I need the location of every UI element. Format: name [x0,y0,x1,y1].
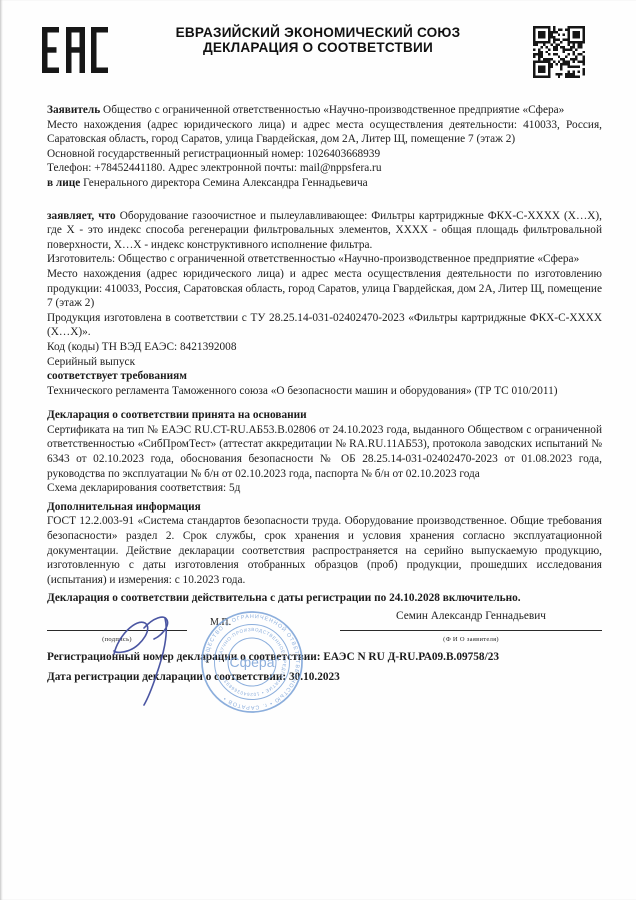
applicant-label: Заявитель [47,104,100,116]
basis-scheme-line: Схема декларирования соответствия: 5д [47,481,602,496]
applicant-representative-line: в лице Генерального директора Семина Але… [47,176,602,191]
stamp-place-label: М.П. [210,616,231,631]
declares-label: заявляет, что [47,210,116,222]
fio-line: Семин Александр Геннадьевич [340,609,602,631]
declaration-document: ЕВРАЗИЙСКИЙ ЭКОНОМИЧЕСКИЙ СОЮЗ ДЕКЛАРАЦИ… [0,0,636,900]
applicant-ogrn-line: Основной государственный регистрационный… [47,147,602,162]
applicant-address-line: Место нахождения (адрес юридического лиц… [47,118,602,147]
compliance-heading: соответствует требованиям [47,369,602,384]
registration-date-line: Дата регистрации декларации о соответств… [47,670,602,685]
release-type-line: Серийный выпуск [47,355,602,370]
basis-heading: Декларация о соответствии принята на осн… [47,408,602,423]
compliance-text: Технического регламента Таможенного союз… [47,384,602,399]
tnved-code-line: Код (коды) ТН ВЭД ЕАЭС: 8421392008 [47,340,602,355]
applicant-contacts-line: Телефон: +78452441180. Адрес электронной… [47,161,602,176]
document-body: Заявитель Общество с ограниченной ответс… [47,103,602,684]
additional-text: ГОСТ 12.2.003-91 «Система стандартов без… [47,514,602,587]
fio-caption: (Ф И О заявителя) [340,633,602,648]
applicant-name-line: Заявитель Общество с ограниченной ответс… [47,103,602,118]
basis-text: Сертификата на тип № ЕАЭС RU.CT-RU.АБ53.… [47,423,602,481]
manufacturer-line: Изготовитель: Общество с ограниченной от… [47,252,602,267]
declaration-product-line: заявляет, что Оборудование газоочистное … [47,209,602,253]
signature-caption: (подпись) [47,633,187,648]
signature-line [47,609,187,631]
registration-number-line: Регистрационный номер декларации о соотв… [47,650,602,665]
signature-row: (подпись) М.П. Семин Александр Геннадьев… [47,609,602,645]
qr-code-icon [533,26,585,78]
manufacturer-address-line: Место нахождения (адрес юридического лиц… [47,267,602,311]
representative-label: в лице [47,177,80,189]
validity-line: Декларация о соответствии действительна … [47,591,602,606]
additional-heading: Дополнительная информация [47,500,602,515]
tu-line: Продукция изготовлена в соответствии с Т… [47,311,602,340]
